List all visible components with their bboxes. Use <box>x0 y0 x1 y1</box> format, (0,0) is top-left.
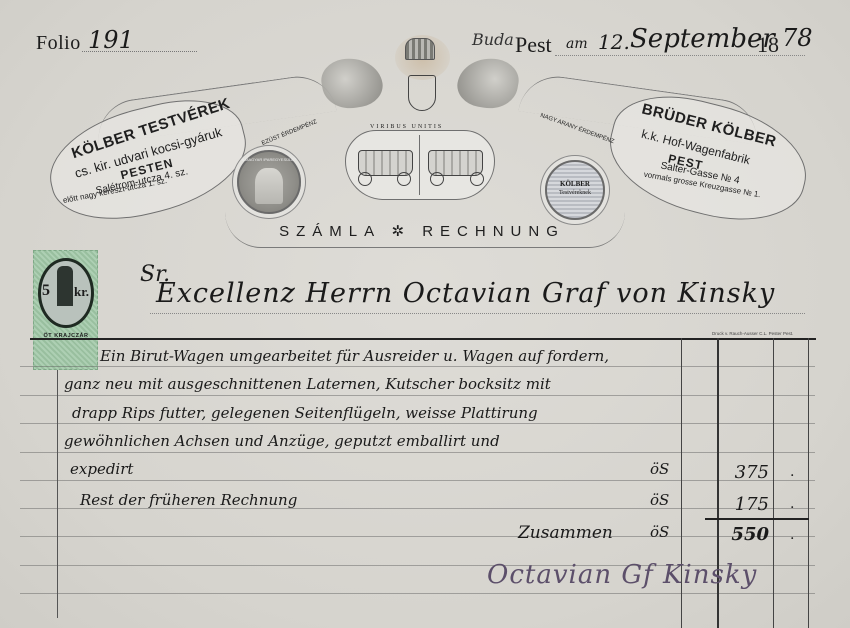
kreuzer-dot: . <box>790 496 794 512</box>
ruled-line <box>20 480 815 481</box>
line-amount: 175 <box>727 494 769 515</box>
ruled-line <box>20 593 815 594</box>
medal-left-figure-icon <box>255 168 283 204</box>
date-underline <box>555 55 805 56</box>
wheel-icon <box>430 172 444 186</box>
column-line <box>773 338 774 628</box>
ruled-line <box>20 536 815 537</box>
crowned-arms-icon <box>57 266 73 306</box>
line-item: ganz neu mit ausgeschnittenen Laternen, … <box>64 375 551 393</box>
coat-of-arms-icon <box>408 75 436 111</box>
place: Pest <box>515 32 552 58</box>
signature: Octavian Gf Kinsky <box>487 560 757 590</box>
sum-rule <box>705 518 809 520</box>
column-line <box>808 338 809 628</box>
kreuzer-dot: . <box>790 464 794 480</box>
line-amount: 375 <box>727 462 769 483</box>
ruled-line <box>20 366 815 367</box>
ruled-line <box>20 423 815 424</box>
margin-line <box>57 370 58 618</box>
folio-underline <box>82 51 197 52</box>
document-title-de: RECHNUNG <box>422 223 565 240</box>
folio-label: Folio <box>36 32 81 55</box>
line-item: drapp Rips futter, gelegenen Seitenflüge… <box>72 404 538 422</box>
stamp-unit: kr. <box>74 284 89 300</box>
stamp-value: 5 <box>42 282 50 300</box>
addressee: Excellenz Herrn Octavian Graf von Kinsky <box>156 278 775 309</box>
wheel-icon <box>358 172 372 186</box>
holy-crown-icon <box>405 38 435 60</box>
currency-mark: öS <box>650 460 669 478</box>
line-item: Rest der früheren Rechnung <box>80 491 297 509</box>
folio-number: 191 <box>88 26 134 54</box>
date-month: September <box>630 24 775 54</box>
ruled-line <box>20 395 815 396</box>
total-label: Zusammen <box>518 523 613 543</box>
kreuzer-dot: . <box>790 527 794 543</box>
printer-credit: Druck v. Rauch-Ausser C.L. Pester Pest. <box>712 331 793 336</box>
medal-left-inscription: A MAGYAR IPAREGYESÜLET <box>240 157 298 162</box>
addressee-underline <box>150 313 805 314</box>
currency-mark: öS <box>650 491 669 509</box>
document-title: SZÁMLA ✲ RECHNUNG <box>252 222 592 240</box>
ruled-line <box>20 452 815 453</box>
star-separator-icon: ✲ <box>391 223 411 240</box>
date-am: am <box>566 36 588 52</box>
table-top-rule <box>30 338 816 340</box>
date-day: 12. <box>598 30 630 54</box>
place-prefix: Buda <box>472 30 514 49</box>
line-item: expedirt <box>70 460 133 478</box>
wheel-icon <box>397 172 411 186</box>
medal-right-line1: KÖLBER <box>545 180 605 188</box>
currency-mark: öS <box>650 523 669 541</box>
wheel-icon <box>470 172 484 186</box>
date-year-written: 78 <box>782 24 813 52</box>
line-item: gewöhnlichen Achsen und Anzüge, geputzt … <box>64 432 500 450</box>
line-item: Ein Birut-Wagen umgearbeitet für Ausreid… <box>100 347 609 365</box>
medal-right-line2: Testvéreknek <box>545 190 605 196</box>
document-title-hu: SZÁMLA <box>279 223 380 240</box>
vignette-divider <box>419 135 420 195</box>
total-amount: 550 <box>727 524 769 545</box>
